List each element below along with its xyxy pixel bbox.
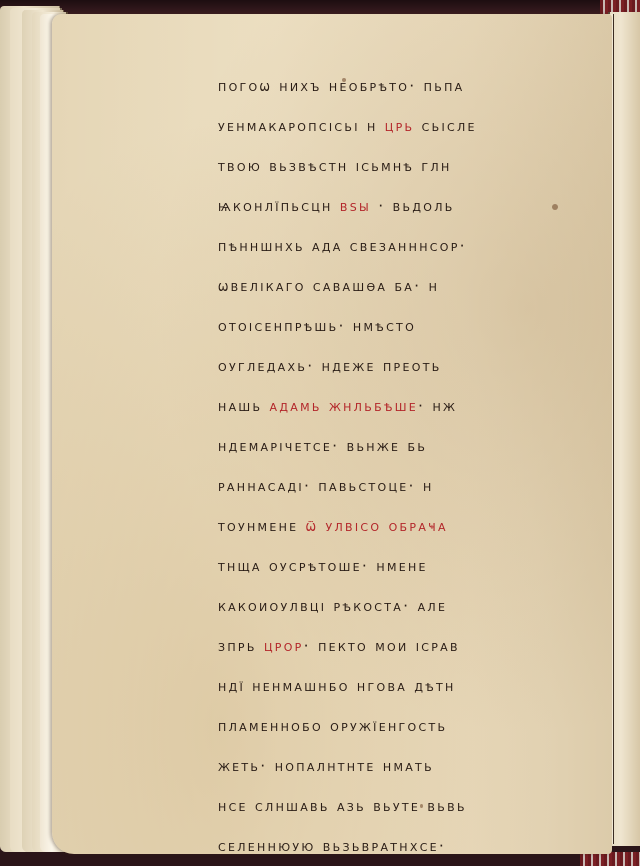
body-text: селеннюую вьзьвратнхсе· [218,837,446,855]
body-text: · нж [418,397,457,415]
text-line: ѩконлїпьсцн вѕы · вьдоль [218,192,578,232]
body-text: пламеннобо оружїенгость [218,717,447,735]
rubric-text: адамь жнльбѣше [270,397,418,415]
body-text: уенмакаропсісьі н [218,117,385,135]
body-text: нашь [218,397,270,415]
text-line: тоунмене ѿ улвісо обраҹа [218,512,578,552]
binding-thread-bottom [580,852,640,866]
text-line: раннасаді· павьстоце· н [218,472,578,512]
body-text: ѩконлїпьсцн [218,197,340,215]
manuscript-text: погоѡ нихъ необрѣто· пьпауенмакаропсісьі… [218,72,578,866]
text-line: пѣнншнхь ада свезанннсор· [218,232,578,272]
text-line: погоѡ нихъ необрѣто· пьпа [218,72,578,112]
body-text: нсе слншавь азь вьуте вьвь [218,797,467,815]
binding-top-edge [0,0,640,14]
body-text: раннасаді· павьстоце· н [218,477,434,495]
rubric-text: ѿ улвісо обраҹа [306,517,448,535]
text-line: какоиоулвці рѣкоста· але [218,592,578,632]
body-text: какоиоулвці рѣкоста· але [218,597,447,615]
body-text: зпрь [218,637,264,655]
body-text: ндемарічетсе· вьнже бь [218,437,427,455]
body-text: отоісенпрѣшь· нмѣсто [218,317,416,335]
text-line: уенмакаропсісьі н црь сьісле [218,112,578,152]
body-text: сьісле [414,117,476,135]
body-text: тнща оусрѣтоше· нмене [218,557,428,575]
text-line: твою вьзвѣстн ісьмнѣ глн [218,152,578,192]
body-text: · вьдоль [371,197,455,215]
text-line: жеть· нопалнтнте нмать [218,752,578,792]
text-line: тнща оусрѣтоше· нмене [218,552,578,592]
text-line: нашь адамь жнльбѣше· нж [218,392,578,432]
body-text: жеть· нопалнтнте нмать [218,757,434,775]
rubric-text: црь [385,117,415,135]
rubric-text: црор [264,637,304,655]
text-line: отоісенпрѣшь· нмѣсто [218,312,578,352]
body-text: ндї ненмашнбо нгова дѣтн [218,677,456,695]
body-text: твою вьзвѣстн ісьмнѣ глн [218,157,452,175]
body-text: ѡвелікаго савашѳа ба· н [218,277,439,295]
rubric-text: вѕы [340,197,371,215]
body-text: оугледахь· ндеже преоть [218,357,442,375]
text-line: ндї ненмашнбо нгова дѣтн [218,672,578,712]
text-line: нсе слншавь азь вьуте вьвь [218,792,578,832]
text-line: селеннюую вьзьвратнхсе· [218,832,578,866]
body-text: погоѡ нихъ необрѣто· пьпа [218,77,465,95]
body-text: · пекто мои ісрав [304,637,460,655]
text-line: ндемарічетсе· вьнже бь [218,432,578,472]
body-text: тоунмене [218,517,306,535]
body-text: пѣнншнхь ада свезанннсор· [218,237,467,255]
text-line: пламеннобо оружїенгость [218,712,578,752]
text-line: зпрь црор· пекто мои ісрав [218,632,578,672]
text-line: оугледахь· ндеже преоть [218,352,578,392]
text-line: ѡвелікаго савашѳа ба· н [218,272,578,312]
